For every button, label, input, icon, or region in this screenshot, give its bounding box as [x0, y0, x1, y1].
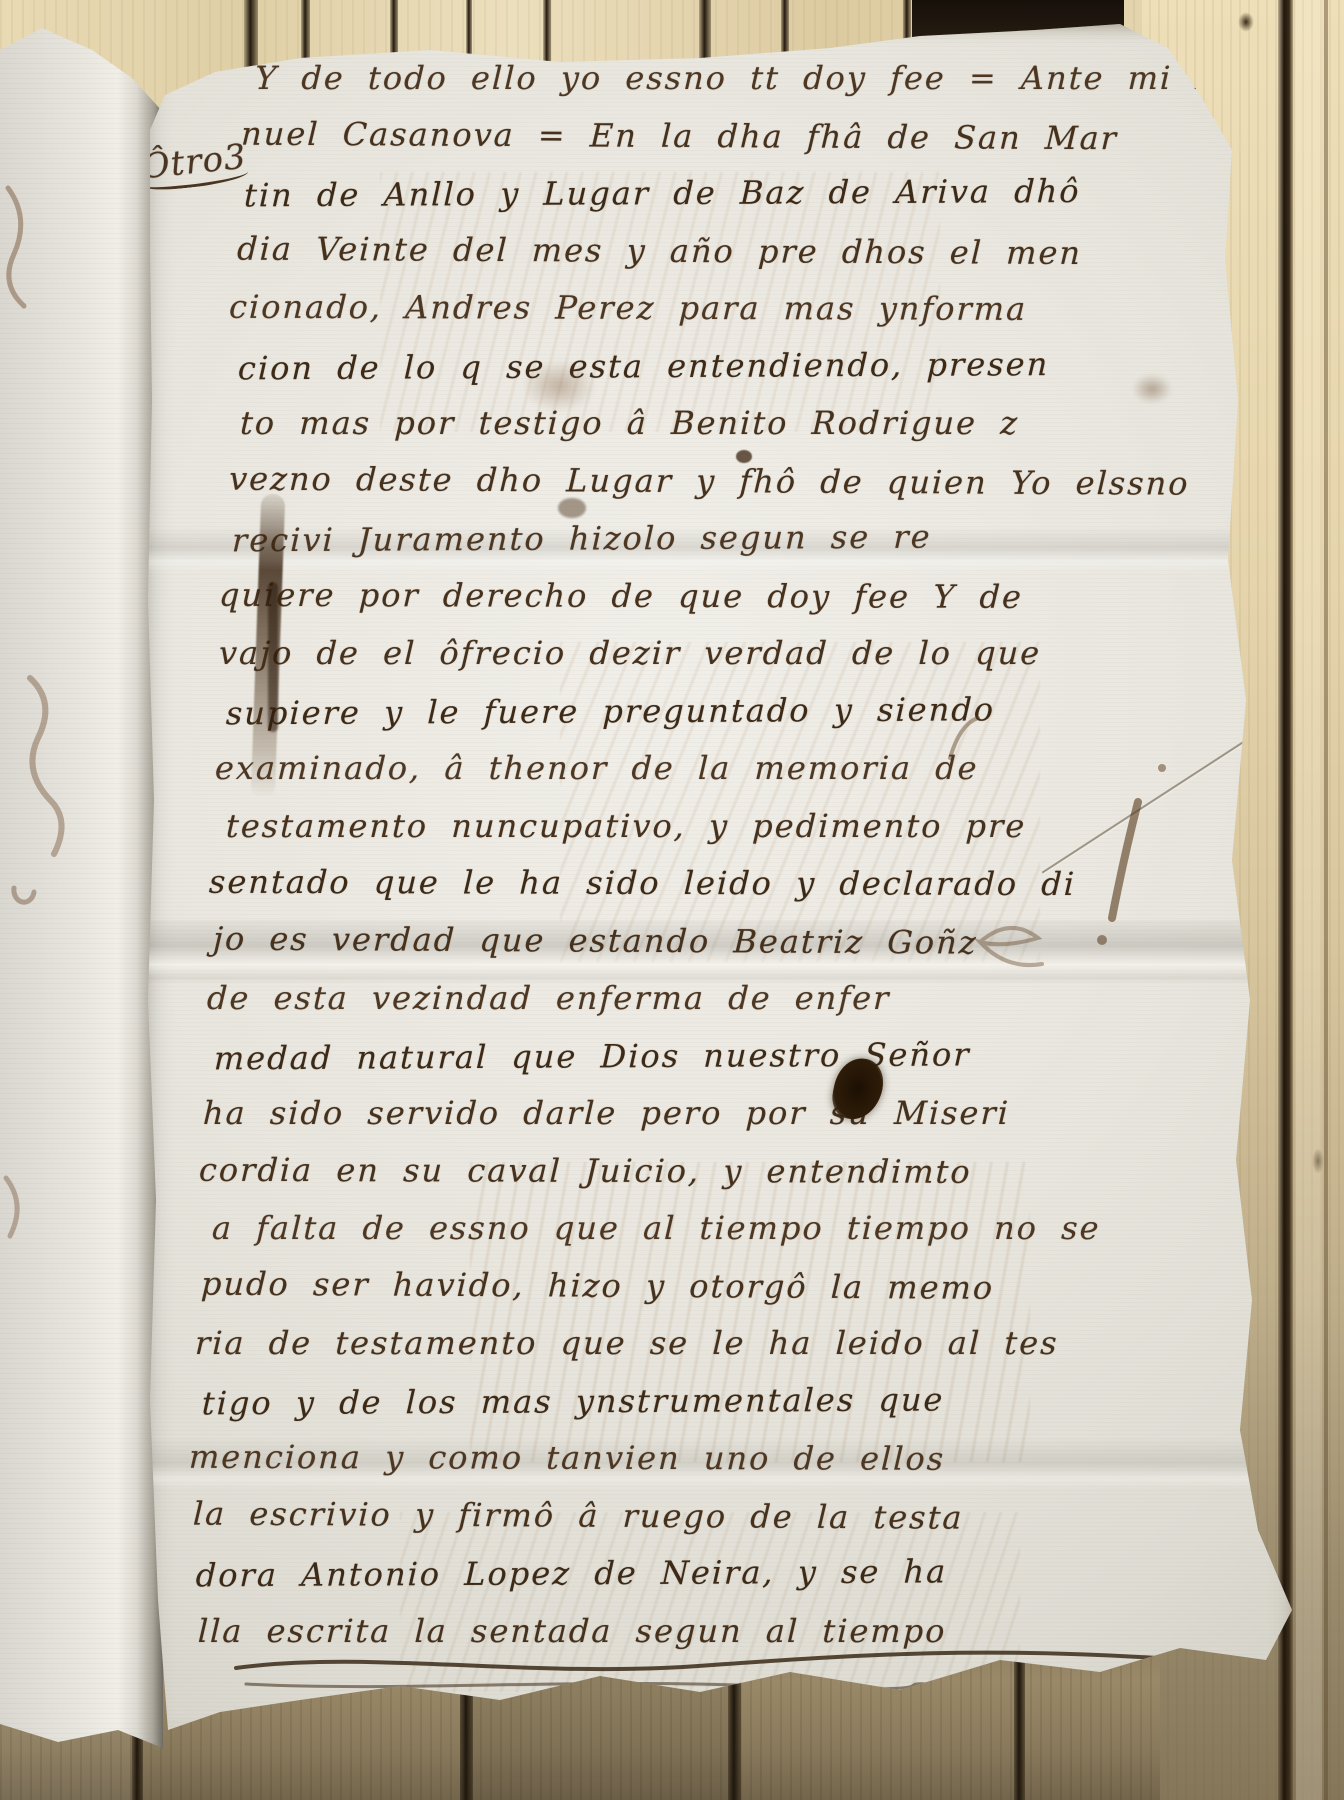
manuscript-line: quiere por derecho de que doy fee Y de	[218, 566, 1140, 626]
manuscript-line: Y de todo ello yo essno tt doy fee = Ant…	[254, 50, 1160, 108]
manuscript-line: dora Antonio Lopez de Neira, y se ha	[195, 1543, 1117, 1605]
manuscript-line: cionado, Andres Perez para mas ynforma	[228, 279, 1150, 339]
manuscript-line: testamento nuncupativo, y pedimento pre	[225, 798, 1147, 856]
manuscript-line: medad natural que Dios nuestro Señor	[213, 1025, 1135, 1087]
margin-note: Ôtro3	[140, 137, 249, 193]
manuscript-line: nuel Casanova = En la dha fhâ de San Mar	[240, 105, 1162, 167]
manuscript-line: supiere y le fuere preguntado y siendo	[225, 680, 1147, 742]
manuscript-text: Y de todo ello yo essno tt doy fee = Ant…	[184, 50, 1160, 1660]
manuscript-line: to mas por testigo â Benito Rodrigue z	[239, 395, 1161, 453]
manuscript-line: dia Veinte del mes y año pre dhos el men	[236, 220, 1158, 282]
manuscript-line: vezno deste dho Lugar y fhô de quien Yo …	[228, 450, 1150, 512]
manuscript-line: examinado, â thenor de la memoria de	[214, 740, 1136, 798]
manuscript-line: la escrivio y firmô â ruego de la testa	[192, 1485, 1114, 1547]
wood-knot	[1238, 12, 1254, 32]
bleedthrough-mark	[0, 18, 163, 1760]
plank-gap	[1278, 0, 1293, 1800]
manuscript-line: recivi Juramento hizolo segun se re	[231, 508, 1153, 570]
manuscript-line: lla escrita la sentada segun al tiempo	[197, 1603, 1119, 1661]
manuscript-line: vajo de el ôfrecio dezir verdad de lo qu…	[218, 625, 1140, 683]
underlying-sheet-edge	[0, 18, 163, 1760]
manuscript-line: menciona y como tanvien uno de ellos	[188, 1429, 1110, 1489]
manuscript-line: cordia en su caval Juicio, y entendimto	[198, 1141, 1120, 1201]
manuscript-line: de esta vezindad enferma de enfer	[206, 970, 1128, 1028]
manuscript-page: Ôtro3 Y de todo ello yo essno tt doy fee…	[140, 22, 1298, 1736]
plank-highlight	[1296, 0, 1322, 1800]
manuscript-line: ha sido servido darle pero por su Miseri	[202, 1085, 1124, 1143]
manuscript-line: cion de lo q se esta entendiendo, presen	[237, 335, 1159, 397]
manuscript-line: jo es verdad que estando Beatriz Goñz	[212, 910, 1134, 972]
manuscript-line: a falta de essno que al tiempo tiempo no…	[211, 1200, 1133, 1258]
manuscript-line: tigo y de los mas ynstrumentales que	[201, 1370, 1123, 1432]
plank-seam	[1324, 0, 1328, 1800]
photo-of-manuscript: Ôtro3 Y de todo ello yo essno tt doy fee…	[0, 0, 1344, 1800]
wood-knot	[1312, 1148, 1324, 1174]
manuscript-line: tin de Anllo y Lugar de Baz de Ariva dhô	[243, 163, 1165, 225]
manuscript-line: pudo ser havido, hizo y otorgô la memo	[200, 1255, 1122, 1317]
manuscript-line: ria de testamento que se le ha leido al …	[194, 1315, 1116, 1373]
manuscript-line: sentado que le ha sido leido y declarado…	[208, 854, 1130, 914]
